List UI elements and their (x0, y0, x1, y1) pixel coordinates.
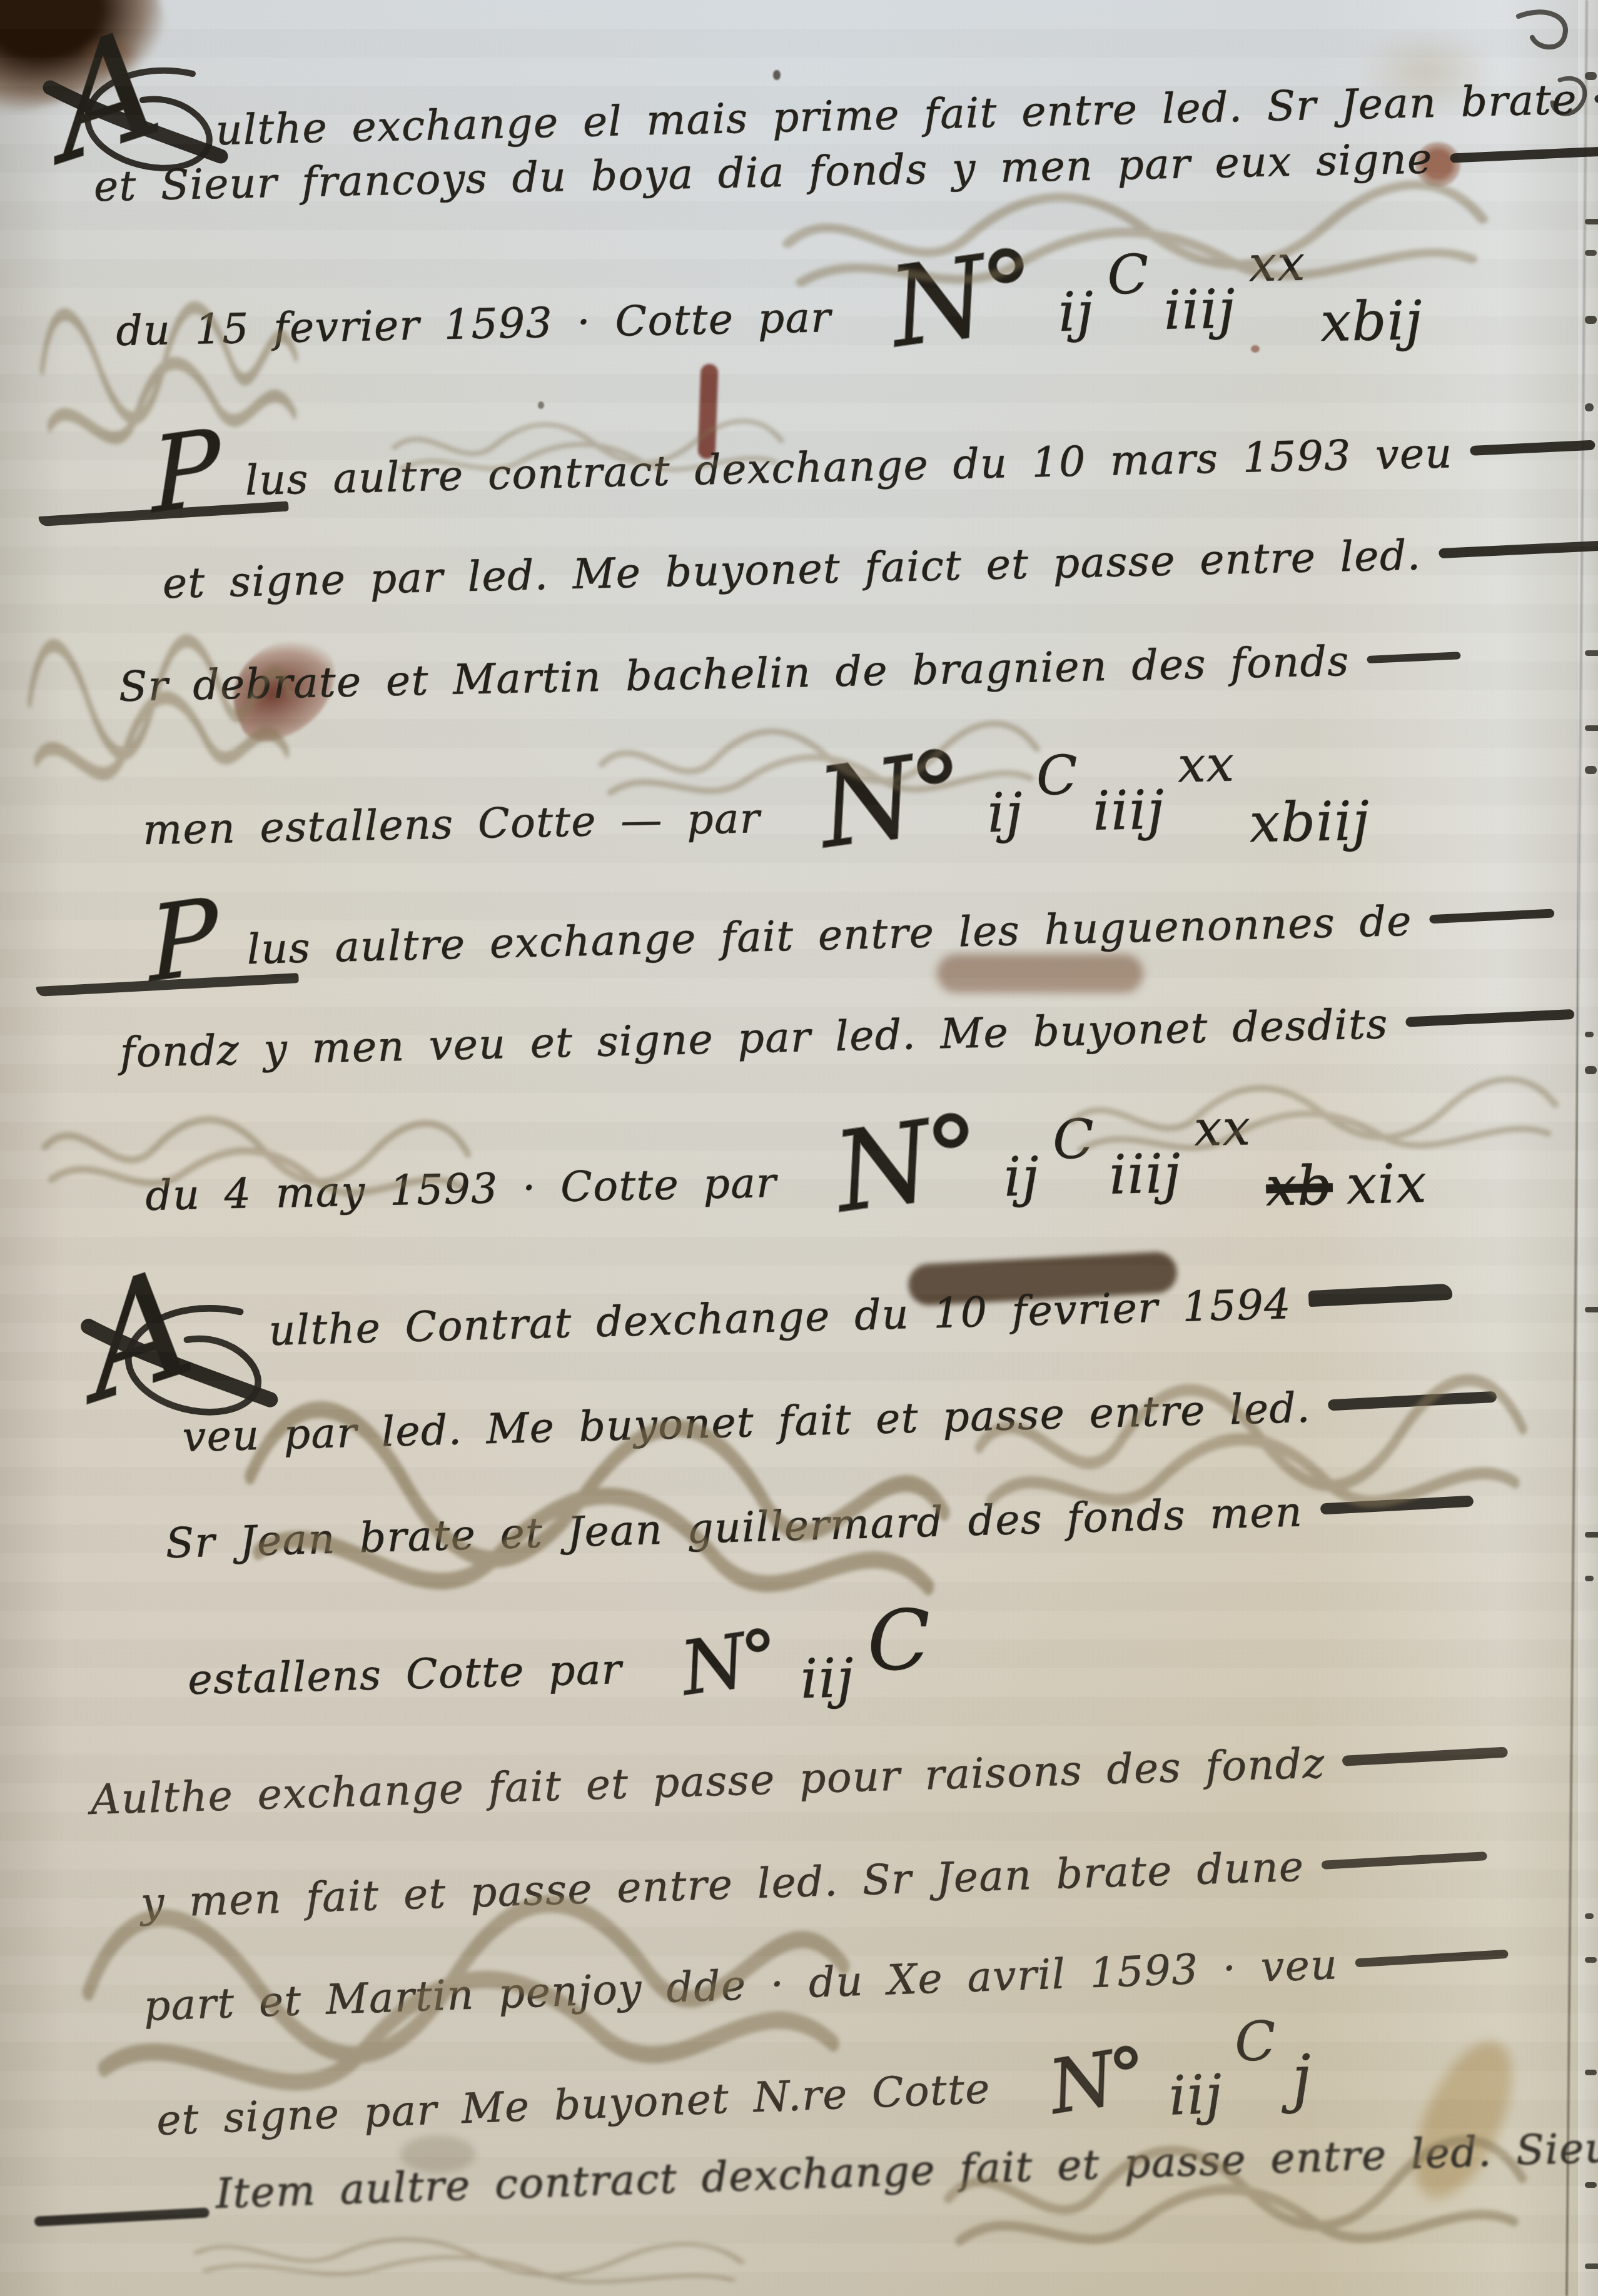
adjacent-page-ink-mark (1585, 1957, 1597, 1963)
paper-stain (1395, 2027, 1532, 2212)
cote-no-sign: N° (1046, 2047, 1148, 2115)
line-filler-dash (1322, 1851, 1487, 1870)
line-filler-dash (1470, 440, 1595, 456)
adjacent-page-ink-mark (1585, 2182, 1597, 2188)
line-text: ulthe Contrat dexchange du 10 fevrier 15… (268, 1280, 1292, 1355)
cote-numeral: xx (1193, 1104, 1252, 1154)
line-text: Item aultre contract dexchange fait et p… (215, 2123, 1598, 2218)
manuscript-line: lus aultre exchange fait entre les hugue… (246, 892, 1555, 976)
cote-number: N° iij C j (1048, 2038, 1320, 2111)
line-leading-dash (34, 2207, 210, 2227)
cote-numeral: j (1291, 2047, 1313, 2110)
adjacent-page-ink-mark (1585, 2070, 1597, 2075)
manuscript-line: et signe par led. Me buyonet faict et pa… (162, 525, 1598, 610)
cote-numeral: xx (1248, 239, 1306, 289)
line-filler-dash (1595, 86, 1598, 104)
drop-cap-initial: P (150, 425, 222, 518)
drop-cap-initial: A (46, 20, 168, 169)
adjacent-page-ink-mark (1585, 1032, 1594, 1037)
line-text: men estallens Cotte — par (143, 794, 761, 854)
cote-number: N° ij C iiij xx xbij (889, 244, 1430, 340)
manuscript-line: part et Martin penjoy dde · du Xe avril … (143, 1933, 1510, 2033)
line-text: et signe par Me buyonet N.re Cotte (156, 2065, 991, 2145)
line-text: part et Martin penjoy dde · du Xe avril … (143, 1940, 1339, 2030)
cote-no-sign: N° (678, 1629, 779, 1696)
cote-numeral: C (866, 1599, 933, 1683)
adjacent-page-ink-mark (1585, 250, 1597, 256)
cote-number: N° ij C iiij xx xbiij (817, 744, 1377, 840)
cote-numeral: C (1233, 2014, 1278, 2070)
manuscript-line: y men fait et passe entre led. Sr Jean b… (140, 1835, 1489, 1929)
drop-cap-initial: P (148, 894, 220, 987)
adjacent-page-ink-mark (1585, 219, 1598, 224)
line-filler-dash (1439, 540, 1598, 558)
adjacent-page-ink-mark (1585, 316, 1597, 324)
manuscript-line: du 4 may 1593 · Cotte par N° ij C iiij x… (144, 1107, 1435, 1222)
line-filler-dash (1429, 909, 1554, 924)
line-filler-dash (1328, 1391, 1497, 1411)
manuscript-line: lus aultre contract dexchange du 10 mars… (245, 425, 1595, 506)
adjacent-page-ink-mark (1585, 2263, 1598, 2269)
manuscript-line: Aulthe exchange fait et passe pour raiso… (90, 1733, 1509, 1826)
cote-numeral: iij (800, 1651, 855, 1706)
bleedthrough-ghost-writing (187, 2221, 751, 2293)
cote-numeral: C (1052, 1112, 1095, 1167)
adjacent-page-ink-mark (1585, 1576, 1594, 1581)
line-text: estallens Cotte par (188, 1645, 623, 1704)
manuscript-line: estallens Cotte par N° iij C (186, 1606, 939, 1707)
manuscript-line: fondz y men veu et signe par led. Me buy… (119, 994, 1575, 1079)
adjacent-page-ink-mark (1585, 72, 1597, 80)
line-text: lus aultre exchange fait entre les hugue… (246, 897, 1413, 974)
cote-numeral: C (1036, 748, 1079, 803)
line-filler-dash (1308, 1284, 1453, 1307)
line-filler-dash (1355, 1950, 1509, 1968)
cote-no-sign: N° (886, 250, 1038, 348)
adjacent-page-ink-mark (1585, 766, 1597, 774)
ink-stain (937, 954, 1143, 993)
cote-numeral: iiij (1093, 783, 1166, 838)
manuscript-line: du 15 fevrier 1593 · Cotte par N° ij C i… (115, 244, 1430, 358)
manuscript-line: men estallens Cotte — par N° ij C iiij x… (142, 744, 1377, 856)
manuscript-page: A ulthe exchange el mais prime fait entr… (0, 0, 1598, 2296)
adjacent-page-ink-mark (1585, 650, 1598, 656)
line-text: du 15 fevrier 1593 · Cotte par (116, 293, 832, 355)
line-filler-dash (1342, 1747, 1509, 1766)
manuscript-line: Sr debrate et Martin bachelin de bragnie… (118, 633, 1461, 713)
line-text: lus aultre contract dexchange du 10 mars… (245, 429, 1453, 505)
cote-number: N° ij C iiij xx xb xix (834, 1107, 1434, 1204)
cote-numeral: xx (1177, 740, 1235, 790)
adjacent-page-ink-mark (1585, 1532, 1598, 1538)
ink-speck (1251, 345, 1260, 353)
ink-speck (773, 70, 781, 80)
line-text: Sr debrate et Martin bachelin de bragnie… (118, 637, 1350, 711)
adjacent-page-ink-mark (1585, 1066, 1597, 1074)
adjacent-page-ink-mark (1585, 403, 1594, 411)
cote-numeral-struck: xb (1265, 1159, 1333, 1214)
cote-no-sign: N° (831, 1115, 984, 1214)
cote-number: N° iij C (679, 1606, 939, 1695)
line-text: fondz y men veu et signe par led. Me buy… (119, 1000, 1388, 1077)
line-text: y men fait et passe entre led. Sr Jean b… (140, 1843, 1305, 1927)
cote-numeral: xbiij (1249, 794, 1370, 850)
cote-numeral: xix (1346, 1157, 1428, 1212)
manuscript-line: Sr Jean brate et Jean guillermard des fo… (165, 1482, 1474, 1570)
line-filler-dash (1450, 142, 1598, 163)
manuscript-line: ulthe Contrat dexchange du 10 fevrier 15… (268, 1274, 1454, 1357)
line-filler-dash (1367, 652, 1460, 663)
manuscript-line: veu par led. Me buyonet fait et passe en… (182, 1377, 1498, 1464)
line-text: veu par led. Me buyonet fait et passe en… (182, 1384, 1312, 1461)
cote-numeral: iij (1168, 2068, 1224, 2123)
cote-numeral: C (1107, 248, 1150, 302)
line-filler-dash (1405, 1009, 1574, 1027)
line-text: Sr Jean brate et Jean guillermard des fo… (165, 1488, 1303, 1568)
line-text: Aulthe exchange fait et passe pour raiso… (90, 1739, 1326, 1824)
manuscript-line: et signe par Me buyonet N.re Cotte N° ii… (155, 2038, 1320, 2147)
line-filler-dash (1320, 1496, 1474, 1515)
bleedthrough-ghost-writing (231, 1344, 963, 1644)
cote-numeral: ij (1058, 285, 1095, 340)
page-edge-sliver (1578, 0, 1598, 2296)
adjacent-page-ink-mark (1585, 725, 1598, 731)
cote-numeral: iiij (1163, 283, 1236, 338)
cote-numeral: ij (987, 786, 1024, 840)
adjacent-page-ink-mark (1585, 1913, 1594, 1919)
line-text: et signe par led. Me buyonet faict et pa… (162, 531, 1422, 608)
line-text: du 4 may 1593 · Cotte par (145, 1159, 777, 1220)
ink-speck (538, 401, 544, 409)
drop-cap-initial: A (79, 1259, 200, 1409)
cote-no-sign: N° (815, 751, 968, 849)
adjacent-page-ink-mark (1585, 1307, 1598, 1312)
cote-numeral: ij (1003, 1150, 1040, 1204)
cote-numeral: xbij (1320, 294, 1424, 350)
cote-numeral: iiij (1109, 1147, 1182, 1202)
